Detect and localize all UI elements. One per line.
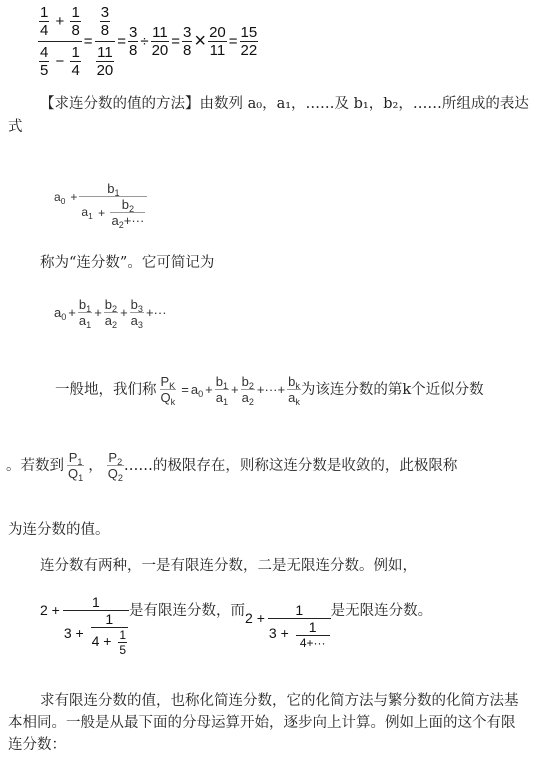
term-q: Q <box>161 390 171 405</box>
term-q: Q <box>68 466 78 481</box>
finite-continued-fraction: 2 + 1 3 + 1 4 + 15 <box>40 594 129 657</box>
numerator: 11 <box>96 44 114 61</box>
subscript: 1 <box>86 320 91 330</box>
numerator: 3 <box>128 24 138 41</box>
plus-sign: + <box>68 190 79 204</box>
times-sign: × <box>192 30 208 53</box>
term-p: P <box>108 450 117 465</box>
subscript: k <box>171 397 176 407</box>
text-suffix: ……的极限存在，则称这连分数是收敛的，此极限称 <box>124 456 458 476</box>
term-p: P <box>161 374 170 389</box>
paragraph-two-kinds: 连分数有两种，一是有限连分数，二是无限连分数。例如， <box>40 556 417 576</box>
denominator: 5 <box>118 643 127 657</box>
subscript: 1 <box>88 211 93 221</box>
plus-sign: + <box>92 305 104 320</box>
equation-complex-fraction: 14 + 18 45 − 14 = 38 1120 = 38 ÷ 1120 = … <box>38 4 258 79</box>
denominator: 20 <box>96 62 115 79</box>
numerator: 1 <box>294 602 304 618</box>
numerator: 1 <box>39 4 49 21</box>
term-a: a <box>216 390 223 405</box>
denominator: 8 <box>70 22 80 39</box>
equals-sign: = <box>169 33 182 50</box>
minus-sign: − <box>54 53 67 70</box>
infinite-label: 是无限连分数。 <box>331 601 433 621</box>
subscript: 1 <box>223 397 228 407</box>
whole-part: 2 + <box>40 602 60 618</box>
term-a: a <box>111 213 118 228</box>
term-b: b <box>242 374 249 389</box>
numerator: 11 <box>151 24 169 41</box>
equals-sign: = <box>179 382 191 397</box>
paragraph-method-heading: 【求连分数的值的方法】由数列 a₀，a₁，……及 b₁，b₂，……所组成的表达 <box>40 94 529 114</box>
denominator: 5 <box>39 62 49 79</box>
finite-label: 是有限连分数，而 <box>129 601 245 621</box>
equals-sign: = <box>227 33 240 50</box>
term-a: a <box>242 390 249 405</box>
numerator: 4 <box>39 44 49 61</box>
denominator: 8 <box>100 22 110 39</box>
plus-sign: + <box>66 305 78 320</box>
term-b: b <box>216 374 223 389</box>
term-q: Q <box>108 466 118 481</box>
numerator: 3 <box>182 24 192 41</box>
continued-fraction-full: a0 + b1 a1 + b2 a2+··· <box>54 165 147 228</box>
numerator: 1 <box>118 628 127 642</box>
plus-sign: + <box>118 305 130 320</box>
denominator: 20 <box>151 42 170 59</box>
term-b: b <box>122 197 129 212</box>
plus-sign: + <box>229 382 241 397</box>
paragraph-called-continued-fraction: 称为“连分数”。它可简记为 <box>40 253 214 273</box>
term-a: a <box>105 313 112 328</box>
paragraph-approximate-fraction: 一般地，我们称 PKQk = a0 + b1a1 + b2a2 +···+ bk… <box>55 374 484 405</box>
paragraph-convergence-line2: 为连分数的值。 <box>8 520 110 540</box>
paragraph-convergence: 。若数到 P1Q1 ， P2Q2 ……的极限存在，则称这连分数是收敛的，此极限称 <box>6 450 457 481</box>
whole-part: 4 + <box>92 633 112 649</box>
text-prefix: 一般地，我们称 <box>55 380 157 400</box>
numerator: 1 <box>70 4 80 21</box>
subscript: 0 <box>61 195 66 205</box>
numerator: 15 <box>240 24 259 41</box>
plus-sign: + <box>54 13 67 30</box>
numerator: 1 <box>70 44 80 61</box>
term-a: a <box>54 190 61 204</box>
text-suffix: 为该连分数的第k个近似分数 <box>301 380 484 400</box>
subscript: k <box>295 397 300 407</box>
subscript: 2 <box>112 320 117 330</box>
subscript: 2 <box>249 397 254 407</box>
complex-fraction-2: 38 1120 <box>95 4 116 79</box>
whole-part: 2 + <box>245 610 265 626</box>
subscript: 3 <box>138 320 143 330</box>
numerator: 20 <box>208 24 227 41</box>
continued-fraction-short: a0 + b1a1 + b2a2 + b3a3 +··· <box>54 297 169 328</box>
ellipsis: +··· <box>124 213 145 228</box>
term-b: b <box>131 297 138 312</box>
paragraph-simplify-line3: 连分数： <box>8 735 66 755</box>
whole-part: 3 + <box>269 625 289 641</box>
complex-fraction: 14 + 18 45 − 14 <box>38 4 82 79</box>
denominator: 8 <box>128 42 138 59</box>
numerator: 1 <box>91 594 101 610</box>
numerator: 3 <box>100 4 110 21</box>
equals-sign: = <box>115 33 128 50</box>
term-a: a <box>131 313 138 328</box>
denominator: 11 <box>209 42 227 59</box>
ellipsis: +···+ <box>255 382 287 397</box>
ellipsis: +··· <box>144 305 169 320</box>
denominator: 22 <box>240 42 259 59</box>
paragraph-method-line2: 式 <box>8 117 23 137</box>
continued-fraction-examples: 2 + 1 3 + 1 4 + 15 是有限连分数，而 2 + 1 <box>40 594 432 657</box>
infinite-continued-fraction: 2 + 1 3 + 1 4+··· <box>245 602 331 650</box>
equals-sign: = <box>82 33 95 50</box>
plus-sign: + <box>203 382 215 397</box>
numerator: 1 <box>104 611 114 627</box>
denominator: 4 <box>39 22 49 39</box>
whole-part: 3 + <box>64 625 84 641</box>
paragraph-simplify-line2: 本相同。一般是从最下面的分母运算开始，逐步向上计算。例如上面的这个有限 <box>8 713 516 733</box>
term-b: b <box>105 297 112 312</box>
numerator: 1 <box>308 619 318 635</box>
denominator: 4+··· <box>299 636 327 650</box>
comma: ， <box>88 456 103 476</box>
divide-sign: ÷ <box>138 33 150 50</box>
plus-sign: + <box>96 206 107 220</box>
subscript: 2 <box>118 473 123 483</box>
denominator: 8 <box>182 42 192 59</box>
term-a: a <box>191 382 198 397</box>
text-prefix: 。若数到 <box>6 456 64 476</box>
denominator: 4 <box>70 62 80 79</box>
paragraph-simplify-line1: 求有限连分数的值，也称化简连分数，它的化简方法与繁分数的化简方法基 <box>40 691 519 711</box>
subscript: 1 <box>78 473 83 483</box>
